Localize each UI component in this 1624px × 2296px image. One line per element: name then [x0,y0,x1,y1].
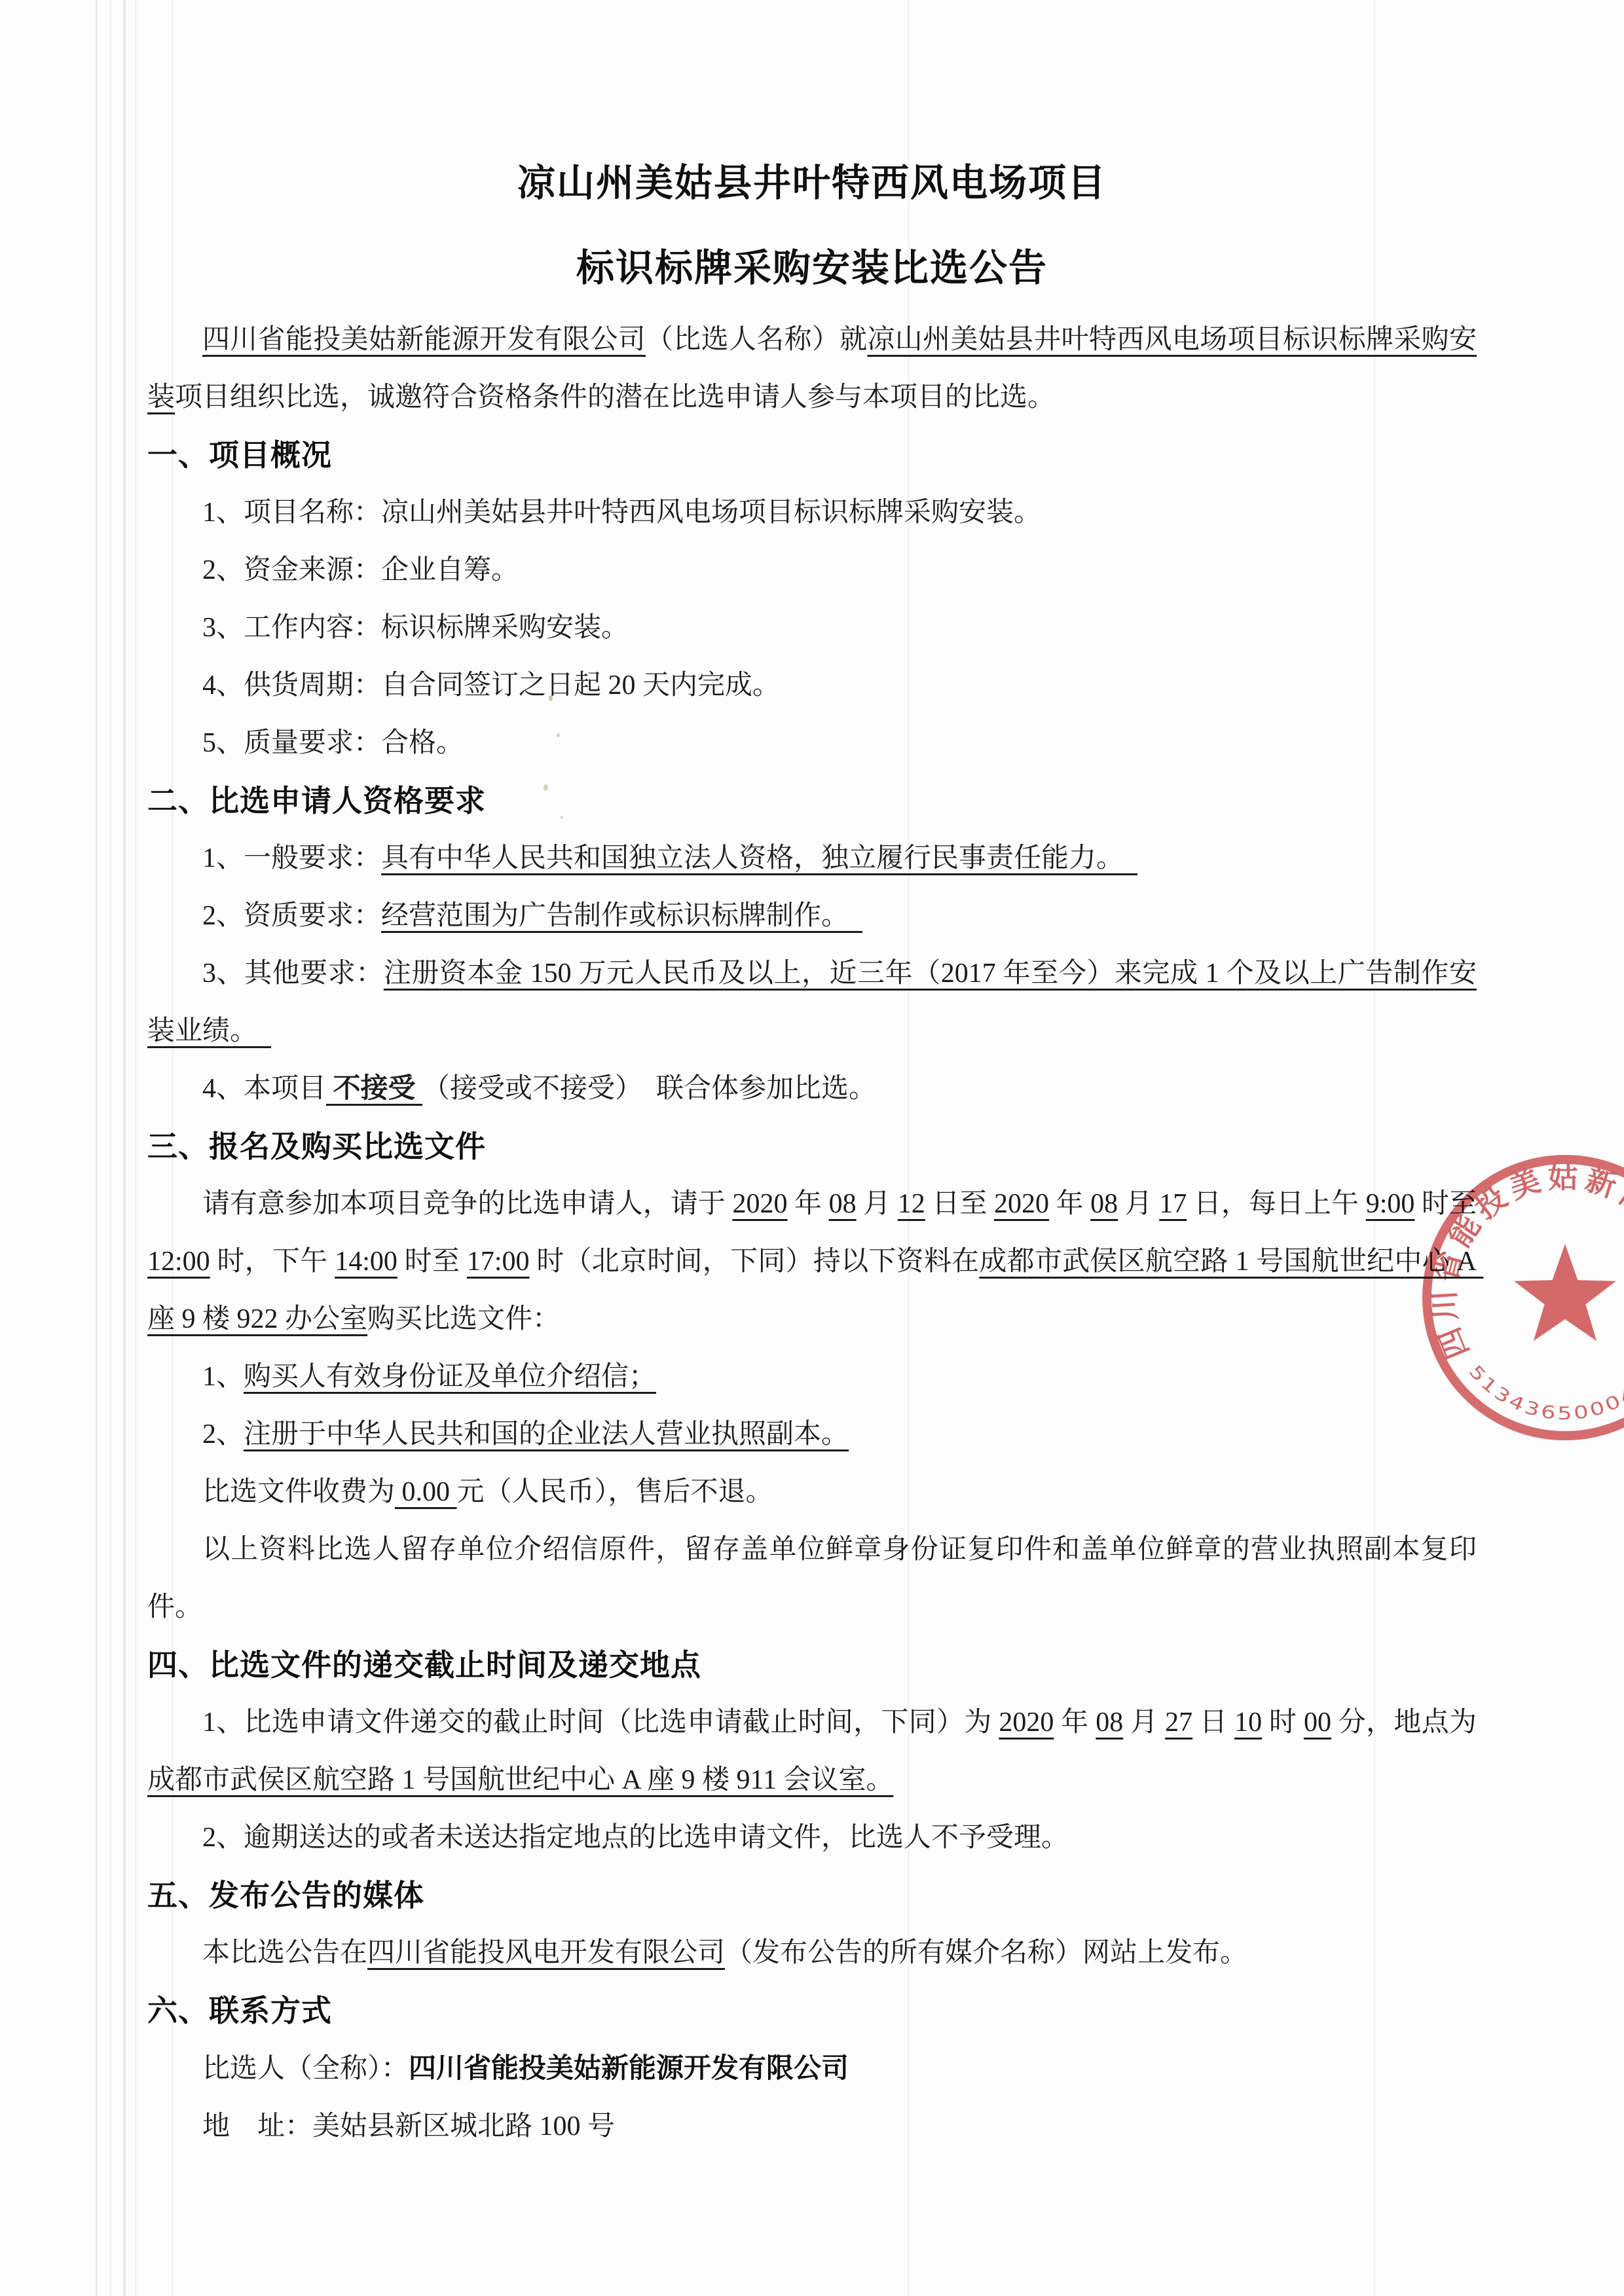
deadline-minute-value: 00 [1304,1707,1331,1738]
purchase-material-item: 2、注册于中华人民共和国的企业法人营业执照副本。 [147,1406,1477,1463]
document-title-line-2: 标识标牌采购安装比选公告 [147,226,1477,311]
start-month-value: 08 [829,1189,857,1219]
text-segment: 项目组织比选，诚邀符合资格条件的潜在比选申请人参与本项目的比选。 [175,382,1055,412]
quality-requirement-item: 5、质量要求：合格。 [147,714,1477,772]
text-segment: 月 [1123,1707,1165,1738]
document-title-line-1: 凉山州美姑县井叶特西风电场项目 [147,141,1477,226]
section-6-heading: 六、联系方式 [147,1982,1477,2039]
document-body: 四川省能投美姑新能源开发有限公司（比选人名称）就凉山州美姑县井叶特西风电场项目标… [147,311,1477,2155]
scan-streak [123,0,126,2296]
text-segment: 时至 [397,1247,467,1277]
afternoon-start-time: 14:00 [335,1247,397,1277]
material-underlined: 注册于中华人民共和国的企业法人营业执照副本。 [244,1419,849,1449]
text-segment: 时（北京时间，下同）持以下资料在 [530,1247,980,1277]
section-3-heading: 三、报名及购买比选文件 [147,1118,1477,1175]
qualification-requirement-item: 2、资质要求：经营范围为广告制作或标识标牌制作。 [147,887,1477,945]
bidder-company-name: 四川省能投美姑新能源开发有限公司 [202,325,646,355]
general-requirement-item: 1、一般要求：具有中华人民共和国独立法人资格，独立履行民事责任能力。 [147,829,1477,887]
intro-paragraph: 四川省能投美姑新能源开发有限公司（比选人名称）就凉山州美姑县井叶特西风电场项目标… [147,311,1477,426]
deadline-day-value: 27 [1165,1707,1192,1738]
contact-company-name: 四川省能投美姑新能源开发有限公司 [409,2052,849,2083]
text-segment: 年 [1049,1189,1090,1219]
consortium-item: 4、本项目 不接受 （接受或不接受） 联合体参加比选。 [147,1060,1477,1118]
text-segment: 时 [1262,1707,1304,1738]
text-segment: 月 [857,1189,898,1219]
text-segment: （比选人名称）就 [646,325,867,355]
text-segment: （发布公告的所有媒介名称）网站上发布。 [725,1938,1247,1968]
deadline-item: 1、比选申请文件递交的截止时间（比选申请截止时间，下同）为 2020 年 08 … [147,1694,1477,1809]
deadline-year-value: 2020 [999,1707,1054,1738]
purchase-material-item: 1、购买人有效身份证及单位介绍信； [147,1348,1477,1406]
document-content: 凉山州美姑县井叶特西风电场项目 标识标牌采购安装比选公告 四川省能投美姑新能源开… [147,141,1477,2155]
scan-streak [96,0,98,2296]
text-segment: （接受或不接受） 联合体参加比选。 [422,1074,876,1104]
document-page: 凉山州美姑县井叶特西风电场项目 标识标牌采购安装比选公告 四川省能投美姑新能源开… [0,0,1624,2296]
section-5-heading: 五、发布公告的媒体 [147,1867,1477,1924]
deadline-month-value: 08 [1096,1707,1123,1738]
end-month-value: 08 [1090,1189,1118,1219]
material-underlined: 购买人有效身份证及单位介绍信； [244,1362,656,1392]
text-segment: 1、比选申请文件递交的截止时间（比选申请截止时间，下同）为 [202,1707,999,1738]
project-name-item: 1、项目名称：凉山州美姑县井叶特西风电场项目标识标牌采购安装。 [147,484,1477,541]
item-label: 1、一般要求： [202,843,381,873]
registration-paragraph: 请有意参加本项目竞争的比选申请人，请于 2020 年 08 月 12 日至 20… [147,1175,1477,1348]
text-segment: 年 [787,1189,828,1219]
start-day-value: 12 [898,1189,925,1219]
fee-amount-value: 0.00 [395,1477,457,1507]
section-2-heading: 二、比选申请人资格要求 [147,772,1477,829]
fee-paragraph: 比选文件收费为 0.00 元（人民币），售后不退。 [147,1463,1477,1521]
text-segment: 月 [1118,1189,1159,1219]
text-segment: 年 [1054,1707,1096,1738]
submission-address-underlined: 成都市武侯区航空路 1 号国航世纪中心 A 座 9 楼 911 会议室。 [147,1765,893,1795]
section-4-heading: 四、比选文件的递交截止时间及递交地点 [147,1636,1477,1694]
company-seal-stamp: 四川省能投美姑新能源开发有限公司 5134365000459 [1408,1142,1624,1467]
end-day-value: 17 [1159,1189,1187,1219]
retention-note-paragraph: 以上资料比选人留存单位介绍信原件，留存盖单位鲜章身份证复印件和盖单位鲜章的营业执… [147,1521,1477,1636]
text-segment: 日，每日上午 [1187,1189,1365,1219]
item-number: 2、 [202,1419,244,1449]
text-segment: 请有意参加本项目竞争的比选申请人，请于 [202,1189,732,1219]
start-year-value: 2020 [732,1189,787,1219]
text-segment: 日 [1192,1707,1234,1738]
section-1-heading: 一、项目概况 [147,426,1477,484]
deadline-hour-value: 10 [1234,1707,1262,1738]
text-segment: 分，地点为 [1331,1707,1477,1738]
text-segment: 日至 [925,1189,994,1219]
requirement-underlined: 经营范围为广告制作或标识标牌制作。 [381,901,862,931]
item-label: 3、其他要求： [202,958,384,989]
text-segment: 比选文件收费为 [202,1477,395,1507]
text-segment: 4、本项目 [202,1074,326,1104]
media-name-underlined: 四川省能投风电开发有限公司 [367,1938,725,1968]
item-label: 2、资质要求： [202,901,381,931]
scan-streak [135,0,136,2296]
end-year-value: 2020 [994,1189,1049,1219]
scan-streak [110,0,111,2296]
seal-graphic: 四川省能投美姑新能源开发有限公司 5134365000459 [1408,1142,1624,1463]
late-delivery-item: 2、逾期送达的或者未送达指定地点的比选申请文件，比选人不予受理。 [147,1809,1477,1867]
other-requirement-item: 3、其他要求：注册资本金 150 万元人民币及以上，近三年（2017 年至今）来… [147,945,1477,1060]
address-paragraph: 地 址：美姑县新区城北路 100 号 [147,2098,1477,2155]
item-number: 1、 [202,1362,244,1392]
text-segment: 元（人民币），售后不退。 [457,1477,773,1507]
contact-paragraph: 比选人（全称）：四川省能投美姑新能源开发有限公司 [147,2039,1477,2098]
work-content-item: 3、工作内容：标识标牌采购安装。 [147,599,1477,657]
contact-label: 比选人（全称）： [202,2054,409,2084]
afternoon-end-time: 17:00 [467,1247,530,1277]
consortium-choice-value: 不接受 [326,1074,422,1104]
seal-star-icon [1514,1244,1616,1341]
supply-period-item: 4、供货周期：自合同签订之日起 20 天内完成。 [147,657,1477,714]
requirement-underlined: 具有中华人民共和国独立法人资格，独立履行民事责任能力。 [381,843,1137,873]
media-paragraph: 本比选公告在四川省能投风电开发有限公司（发布公告的所有媒介名称）网站上发布。 [147,1924,1477,1982]
funding-source-item: 2、资金来源：企业自筹。 [147,541,1477,599]
text-segment: 购买比选文件： [367,1304,560,1334]
text-segment: 时，下午 [210,1247,335,1277]
text-segment: 本比选公告在 [202,1938,367,1968]
morning-end-time: 12:00 [147,1247,210,1277]
